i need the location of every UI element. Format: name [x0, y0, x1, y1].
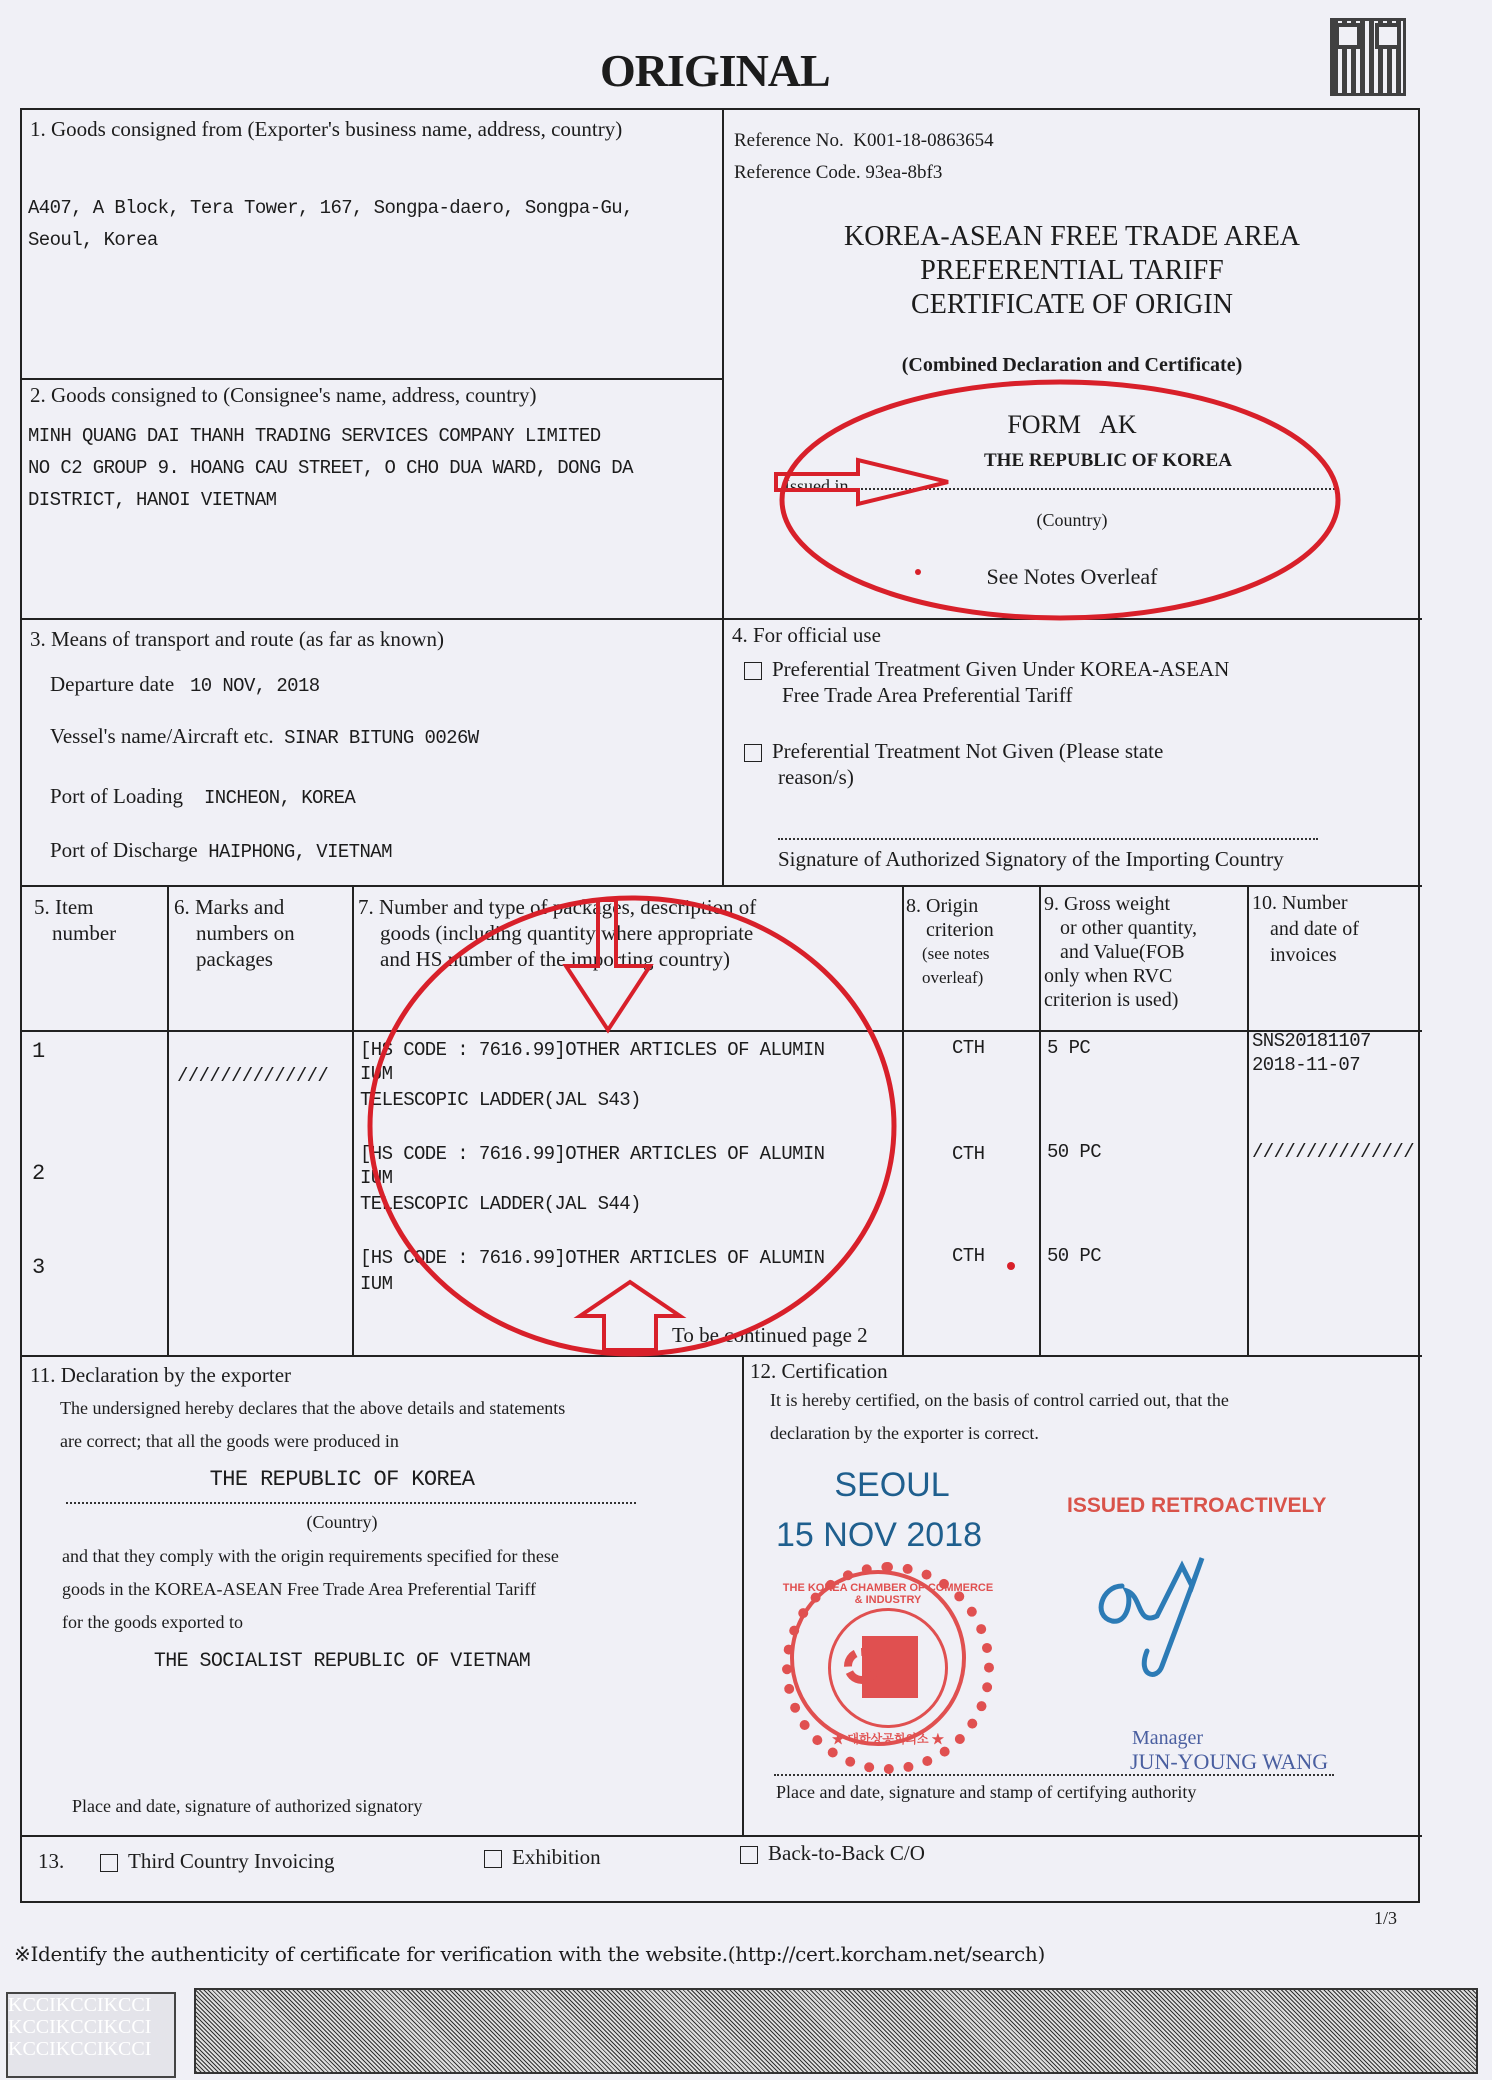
kcci-watermark-box: KCCIKCCIKCCI KCCIKCCIKCCI KCCIKCCIKCCI — [6, 1992, 176, 2078]
annotation-overlay — [0, 0, 1492, 2080]
security-barcode — [194, 1988, 1478, 2074]
page-number: 1/3 — [1374, 1908, 1397, 1929]
verification-note: ※Identify the authenticity of certificat… — [14, 1942, 1045, 1966]
